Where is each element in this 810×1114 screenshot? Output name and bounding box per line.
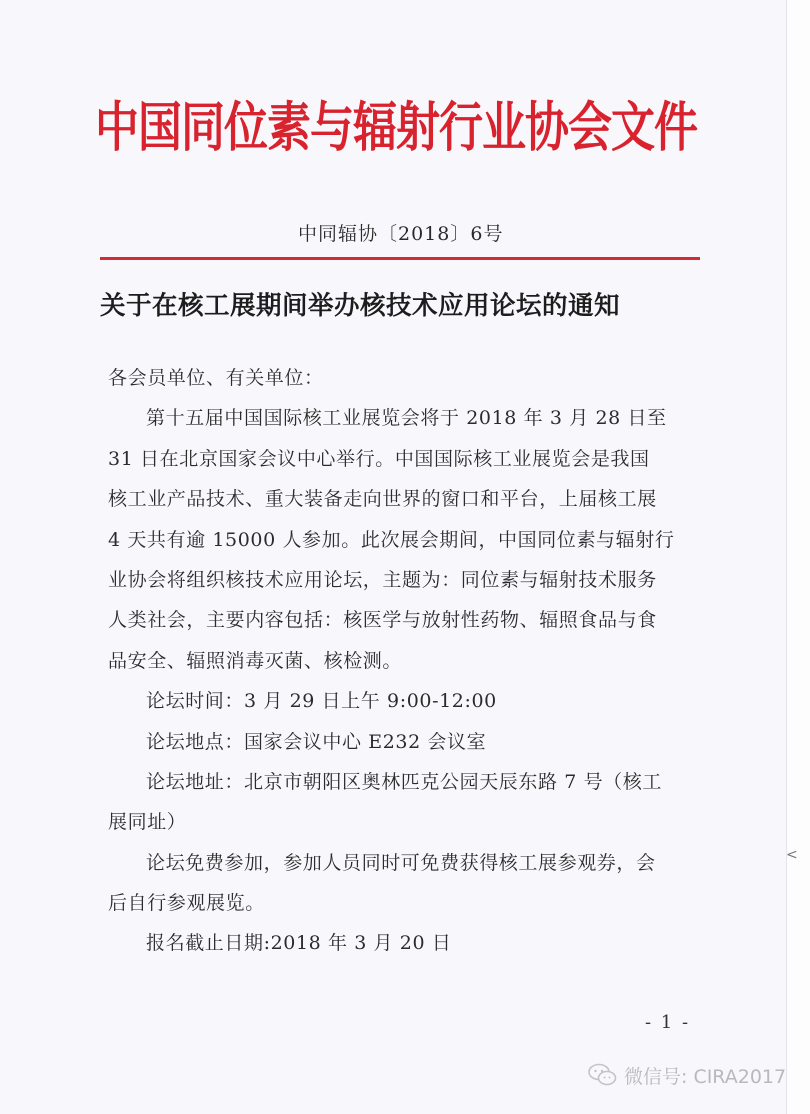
page-edge [786,0,810,1114]
document-header: 中国同位素与辐射行业协会文件 [95,82,695,180]
paragraph-line: 后自行参观展览。 [108,883,716,923]
wechat-watermark: 微信号: CIRA2017 [588,1060,788,1090]
wechat-icon [588,1063,618,1087]
forum-time: 论坛时间：3 月 29 日上午 9:00-12:00 [108,681,716,721]
registration-deadline: 报名截止日期:2018 年 3 月 20 日 [108,923,716,963]
salutation: 各会员单位、有关单位： [108,358,716,398]
forum-venue: 论坛地点：国家会议中心 E232 会议室 [108,722,716,762]
paragraph-line: 品安全、辐照消毒灭菌、核检测。 [108,641,716,681]
paragraph-line: 31 日在北京国家会议中心举行。中国国际核工业展览会是我国 [108,439,716,479]
page-number: - 1 - [645,1008,705,1038]
document-body: 各会员单位、有关单位： 第十五届中国国际核工业展览会将于 2018 年 3 月 … [108,358,716,964]
forum-address-cont: 展同址） [108,802,716,842]
red-divider [100,257,700,260]
paragraph-line: 人类社会，主要内容包括：核医学与放射性药物、辐照食品与食 [108,600,716,640]
pen-mark: < [786,848,808,862]
watermark-text: 微信号: CIRA2017 [624,1062,786,1089]
document-number: 中同辐协〔2018〕6号 [298,220,538,248]
paragraph-line: 核工业产品技术、重大装备走向世界的窗口和平台，上届核工展 [108,479,716,519]
paragraph-line: 论坛免费参加，参加人员同时可免费获得核工展参观券，会 [108,843,716,883]
paragraph-line: 业协会将组织核技术应用论坛，主题为：同位素与辐射技术服务 [108,560,716,600]
forum-address: 论坛地址：北京市朝阳区奥林匹克公园天辰东路 7 号（核工 [108,762,716,802]
paragraph-line: 第十五届中国国际核工业展览会将于 2018 年 3 月 28 日至 [108,398,716,438]
paragraph-line: 4 天共有逾 15000 人参加。此次展会期间，中国同位素与辐射行 [108,520,716,560]
document-page: 中国同位素与辐射行业协会文件 中同辐协〔2018〕6号 关于在核工展期间举办核技… [0,0,786,1114]
document-title: 关于在核工展期间举办核技术应用论坛的通知 [100,288,720,324]
